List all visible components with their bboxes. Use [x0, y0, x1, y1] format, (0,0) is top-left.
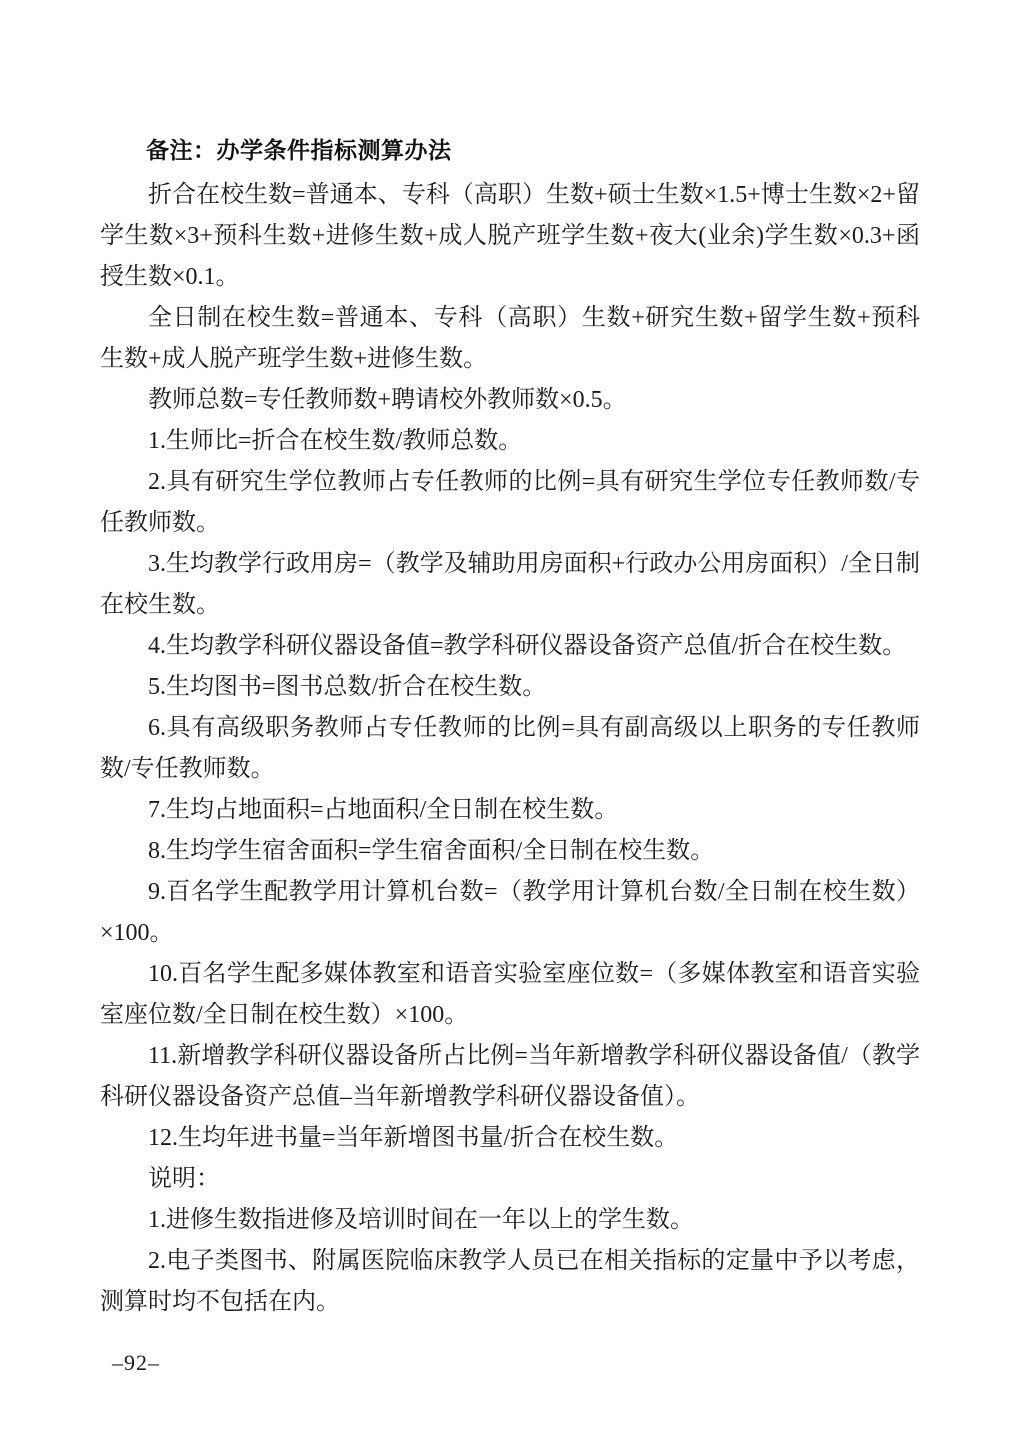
paragraph-item-7: 7.生均占地面积=占地面积/全日制在校生数。 — [100, 790, 920, 831]
paragraph-note-1: 1.进修生数指进修及培训时间在一年以上的学生数。 — [100, 1200, 920, 1241]
paragraph-item-9: 9.百名学生配教学用计算机台数=（教学用计算机台数/全日制在校生数）×100。 — [100, 872, 920, 954]
section-heading: 备注：办学条件指标测算办法 — [100, 130, 920, 171]
paragraph-total-teachers-formula: 教师总数=专任教师数+聘请校外教师数×0.5。 — [100, 380, 920, 421]
paragraph-item-5: 5.生均图书=图书总数/折合在校生数。 — [100, 667, 920, 708]
paragraph-item-12: 12.生均年进书量=当年新增图书量/折合在校生数。 — [100, 1118, 920, 1159]
paragraph-item-8: 8.生均学生宿舍面积=学生宿舍面积/全日制在校生数。 — [100, 831, 920, 872]
paragraph-item-11: 11.新增教学科研仪器设备所占比例=当年新增教学科研仪器设备值/（教学科研仪器设… — [100, 1036, 920, 1118]
paragraph-item-1: 1.生师比=折合在校生数/教师总数。 — [100, 421, 920, 462]
document-body: 备注：办学条件指标测算办法 折合在校生数=普通本、专科（高职）生数+硕士生数×1… — [100, 130, 920, 1323]
paragraph-fulltime-enrollment-formula: 全日制在校生数=普通本、专科（高职）生数+研究生数+留学生数+预科生数+成人脱产… — [100, 298, 920, 380]
paragraph-item-4: 4.生均教学科研仪器设备值=教学科研仪器设备资产总值/折合在校生数。 — [100, 626, 920, 667]
paragraph-converted-enrollment-formula: 折合在校生数=普通本、专科（高职）生数+硕士生数×1.5+博士生数×2+留学生数… — [100, 175, 920, 298]
document-page: 备注：办学条件指标测算办法 折合在校生数=普通本、专科（高职）生数+硕士生数×1… — [0, 0, 1024, 1448]
page-number: –92– — [112, 1350, 160, 1376]
paragraph-item-10: 10.百名学生配多媒体教室和语音实验室座位数=（多媒体教室和语音实验室座位数/全… — [100, 954, 920, 1036]
paragraph-item-3: 3.生均教学行政用房=（教学及辅助用房面积+行政办公用房面积）/全日制在校生数。 — [100, 544, 920, 626]
paragraph-note-2: 2.电子类图书、附属医院临床教学人员已在相关指标的定量中予以考虑，测算时均不包括… — [100, 1241, 920, 1323]
paragraph-item-6: 6.具有高级职务教师占专任教师的比例=具有副高级以上职务的专任教师数/专任教师数… — [100, 708, 920, 790]
paragraph-item-2: 2.具有研究生学位教师占专任教师的比例=具有研究生学位专任教师数/专任教师数。 — [100, 462, 920, 544]
paragraph-notes-label: 说明： — [100, 1159, 920, 1200]
